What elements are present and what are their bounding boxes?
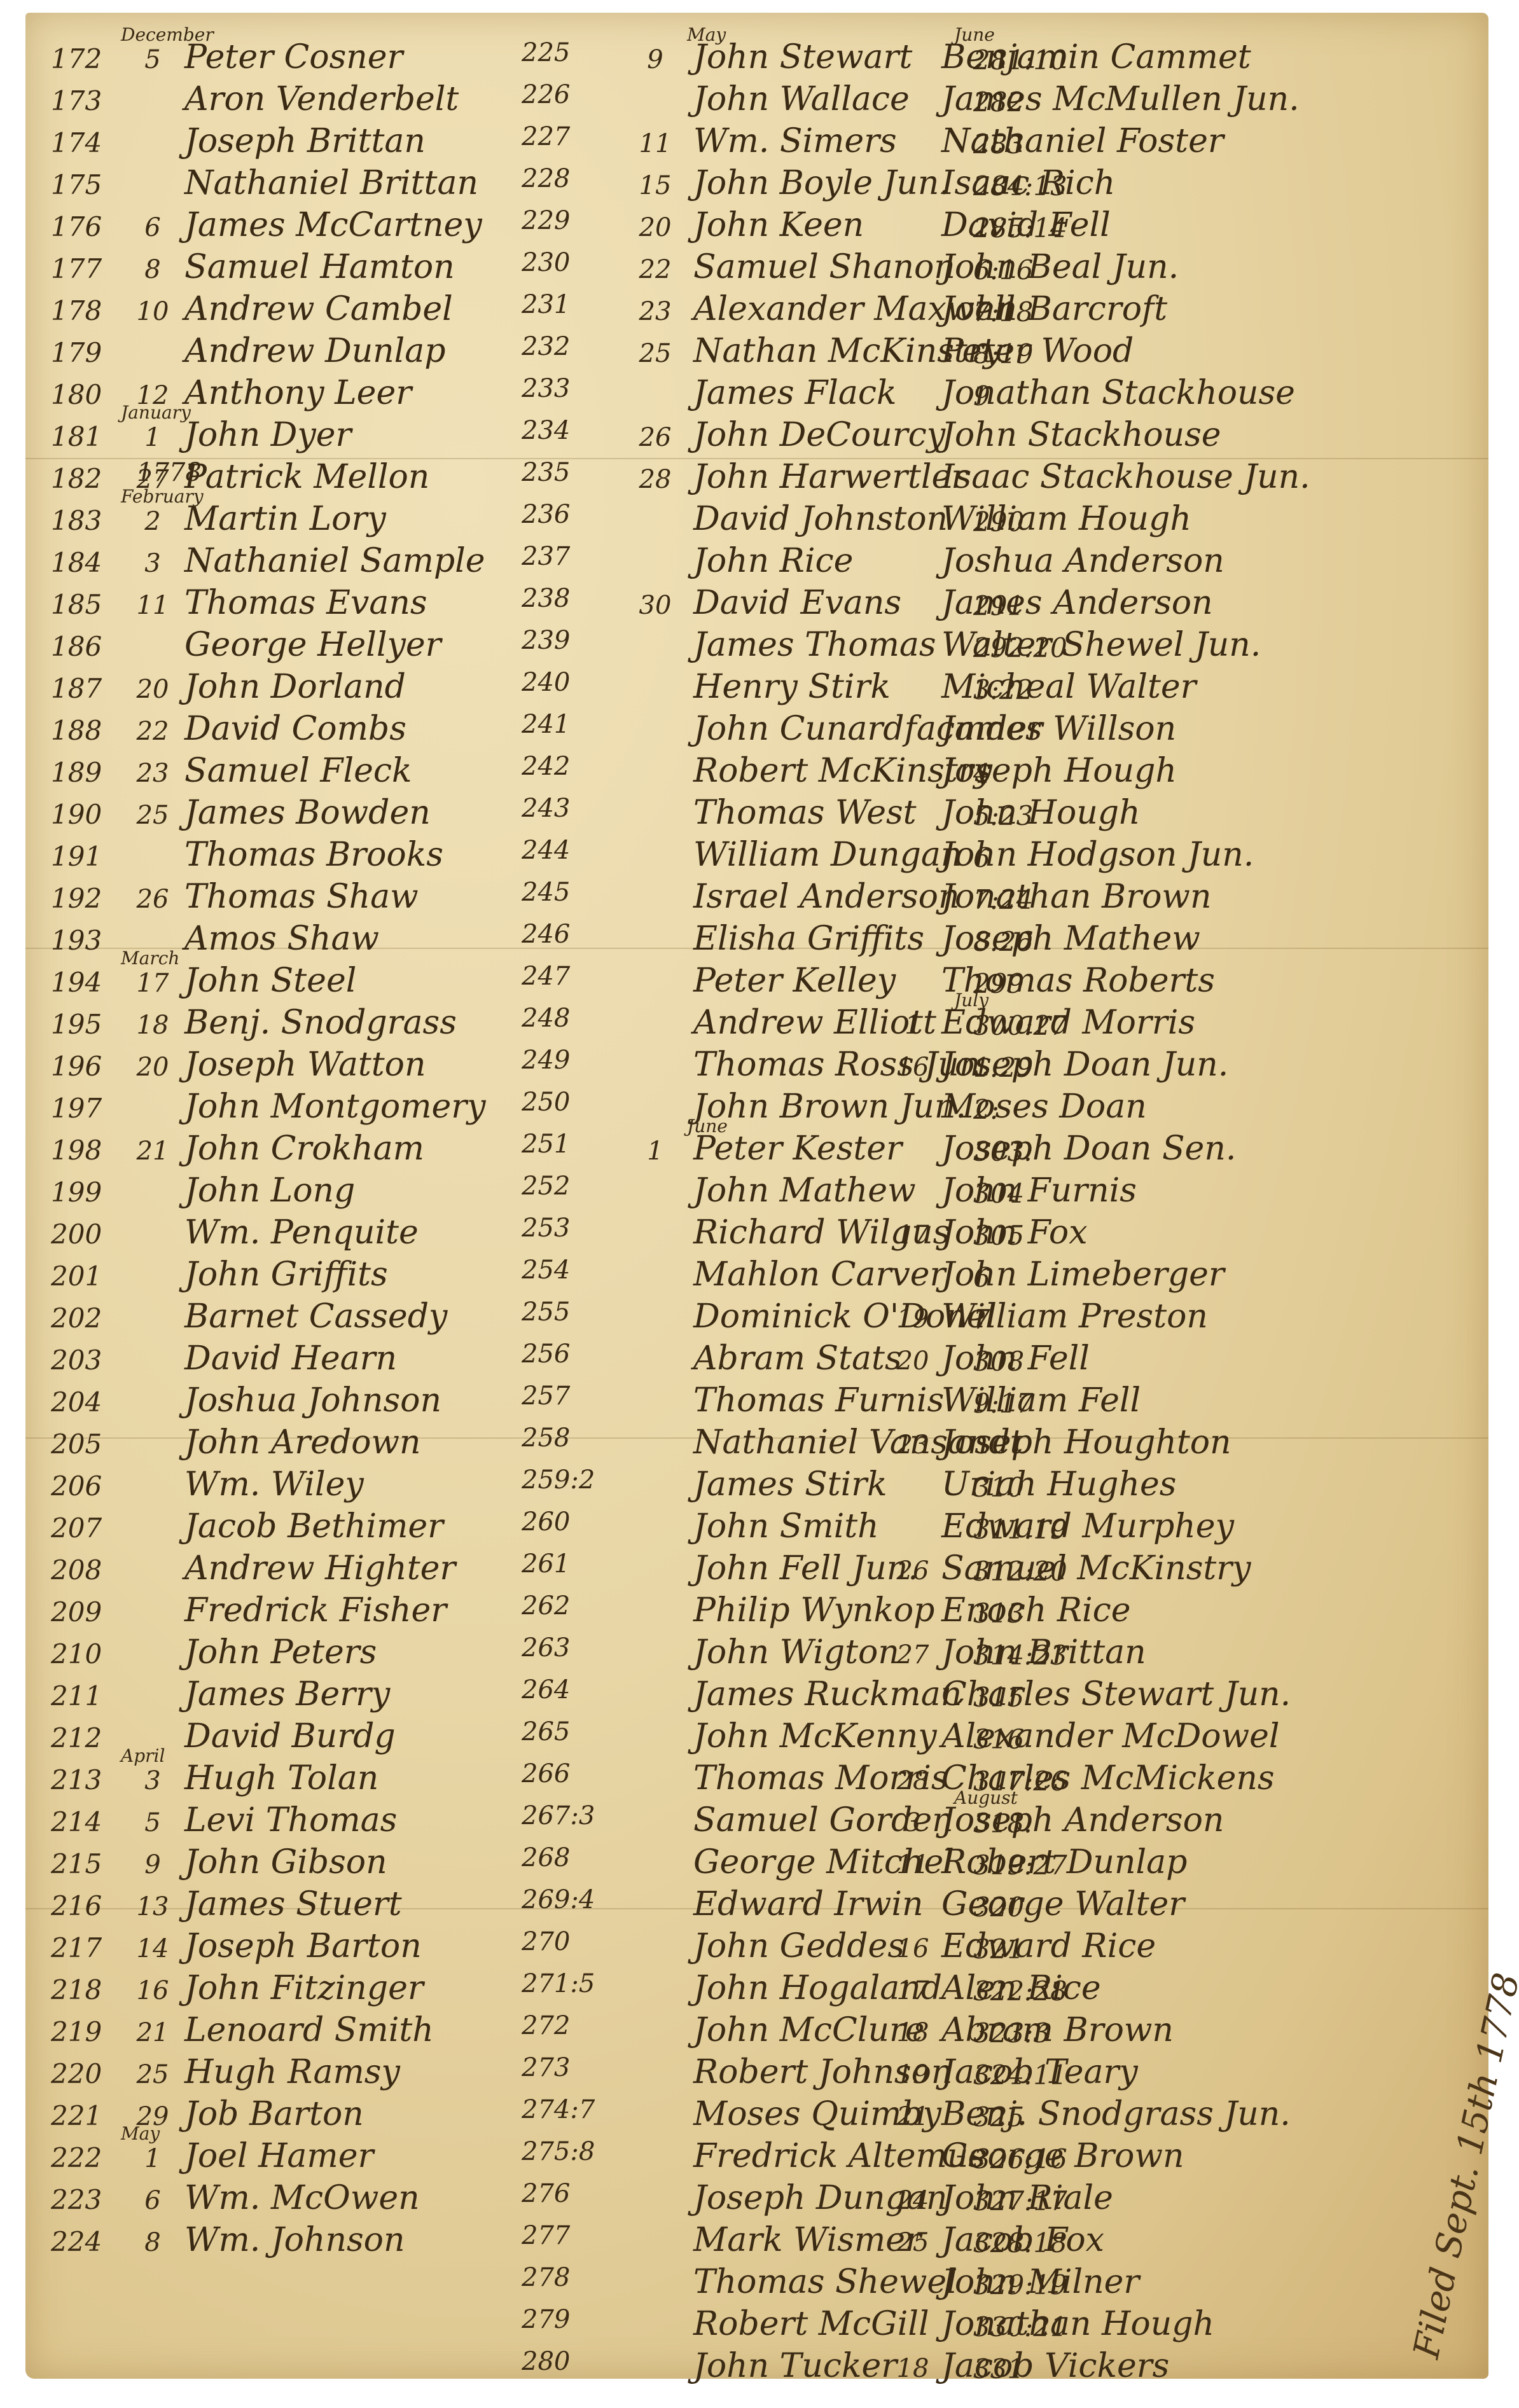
entry-date: 15 [617, 171, 693, 200]
register-entry: 17Alen Rice [884, 1969, 1482, 2011]
register-entry: JuneBenjamin Cammet [884, 38, 1482, 80]
entry-number: 250 [522, 1088, 595, 1130]
entry-name: Wm. Penquite [184, 1214, 419, 1252]
entry-number: 242 [522, 752, 595, 794]
entry-number: 195 [51, 1009, 121, 1040]
entry-number: 260 [522, 1507, 595, 1549]
entry-date: 27 [884, 1640, 941, 1670]
entry-number: 273 [522, 2053, 595, 2095]
register-entry: 16Joseph Doan Jun. [884, 1046, 1482, 1088]
entry-number: 190 [51, 799, 121, 830]
entry-date: 18 [121, 1011, 184, 1040]
entry-date: 6 [121, 2186, 184, 2215]
entry-number: 209 [51, 1596, 121, 1628]
entry-name: Charles Stewart Jun. [941, 1675, 1291, 1713]
entry-name: Walter Shewel Jun. [941, 626, 1261, 664]
entry-number: 280 [522, 2347, 595, 2389]
entry-number: 268 [522, 1843, 595, 1885]
entry-name: John Tucker [693, 2347, 897, 2385]
entry-name: Enoch Rice [941, 1591, 1131, 1630]
entry-number: 255 [522, 1297, 595, 1339]
entry-name: John Stewart [693, 38, 912, 76]
entry-date: 11 [121, 591, 184, 620]
entry-number: 267:3 [522, 1801, 595, 1843]
register-entry: 16Edward Rice [884, 1927, 1482, 1969]
entry-number: 178 [51, 295, 121, 326]
entry-name: John Griffits [184, 1256, 388, 1294]
entry-name: John Wallace [693, 80, 910, 118]
entry-date: 8 [121, 2228, 184, 2257]
entry-number: 249 [522, 1046, 595, 1088]
entry-name: Wm. McOwen [184, 2179, 420, 2217]
entry-name: Levi Thomas [184, 1801, 397, 1839]
entry-date: 23 [617, 297, 693, 326]
entry-name: David Evans [693, 584, 901, 622]
entry-date: 3 [121, 1766, 184, 1796]
entry-name: James Stuert [184, 1885, 402, 1923]
entry-number: 240 [522, 668, 595, 710]
entry-number: 259:2 [522, 1465, 595, 1507]
month-label: July [954, 990, 988, 1011]
register-entry: 17John Fox [884, 1214, 1482, 1256]
entry-name: Martin Lory [184, 500, 386, 538]
entry-name: James McMullen Jun. [941, 80, 1300, 118]
register-entry: Peter Wood [884, 332, 1482, 374]
entry-date: 16 [121, 1976, 184, 2005]
entry-name: John Smith [693, 1507, 879, 1546]
entry-name: Joseph Hough [941, 752, 1177, 790]
entry-name: Patrick Mellon [184, 458, 429, 496]
entry-number: 217 [51, 1932, 121, 1963]
entry-number: 231 [522, 290, 595, 332]
entry-name: Hugh Tolan [184, 1759, 378, 1797]
entry-name: George Brown [941, 2137, 1184, 2175]
entry-number: 227 [522, 122, 595, 164]
entry-name: Thomas Brooks [184, 836, 443, 874]
entry-name: John Hodgson Jun. [941, 836, 1254, 874]
entry-number: 276 [522, 2179, 595, 2221]
entry-name: John Gibson [184, 1843, 387, 1881]
register-entry: Joseph Hough [884, 752, 1482, 794]
entry-name: John Beal Jun. [941, 248, 1179, 286]
register-entry: Moses Doan [884, 1088, 1482, 1130]
register-entry: Jonathan Hough [884, 2305, 1482, 2347]
entry-name: Thomas West [693, 794, 917, 832]
entry-date: 8 [121, 255, 184, 284]
entry-date: 1 [121, 423, 184, 452]
entry-number: 211 [51, 1680, 121, 1712]
entry-name: John Limeberger [941, 1256, 1224, 1294]
entry-number: 278 [522, 2263, 595, 2305]
entry-name: Jacob Vickers [941, 2347, 1169, 2385]
entry-date: 25 [884, 2228, 941, 2257]
entry-number: 215 [51, 1848, 121, 1879]
entry-date: 24 [884, 2186, 941, 2215]
register-entry: George Brown [884, 2137, 1482, 2179]
entry-number: 220 [51, 2058, 121, 2089]
register-entry: Edward Murphey [884, 1507, 1482, 1549]
entry-date: 17 [121, 969, 184, 998]
entry-name: John Brittan [941, 1633, 1146, 1671]
entry-number: 194 [51, 967, 121, 998]
entry-number: 189 [51, 757, 121, 788]
entry-date: 26 [617, 423, 693, 452]
entry-name: Joel Hamer [184, 2137, 373, 2175]
register-entry: 20John Fell [884, 1339, 1482, 1381]
entry-date: 23 [884, 1430, 941, 1460]
entry-number: 263 [522, 1633, 595, 1675]
entry-name: James Anderson [941, 584, 1213, 622]
register-entry: 27John Brittan [884, 1633, 1482, 1675]
entry-name: Andrew Dunlap [184, 332, 446, 370]
register-entry: Joseph Mathew [884, 920, 1482, 962]
entry-date: 22 [617, 255, 693, 284]
entry-number: 173 [51, 85, 121, 116]
entry-date: 13 [121, 1892, 184, 1921]
entry-number: 177 [51, 253, 121, 284]
entry-date: 16 [884, 1053, 941, 1082]
entry-number: 179 [51, 337, 121, 368]
entry-name: John Montgomery [184, 1088, 486, 1126]
entry-number: 183 [51, 505, 121, 536]
entry-name: Wm. Simers [693, 122, 897, 160]
month-label: December [121, 24, 214, 45]
register-entry: John Milner [884, 2263, 1482, 2305]
entry-number: 275:8 [522, 2137, 595, 2179]
entry-name: Nathaniel Brittan [184, 164, 478, 202]
entry-number: 204 [51, 1387, 121, 1418]
entry-name: Aron Venderbelt [184, 80, 459, 118]
entry-name: Thomas Shaw [184, 878, 419, 916]
register-entry: John Beal Jun. [884, 248, 1482, 290]
register-entry: Enoch Rice [884, 1591, 1482, 1633]
entry-name: Samuel Fleck [184, 752, 412, 790]
entry-number: 271:5 [522, 1969, 595, 2011]
register-entry: David Fell [884, 206, 1482, 248]
entry-number: 245 [522, 878, 595, 920]
entry-date: 3 [121, 549, 184, 578]
register-entry: 21Benj. Snodgrass Jun. [884, 2095, 1482, 2137]
entry-name: Jonathan Hough [941, 2305, 1214, 2343]
entry-name: Micheal Walter [941, 668, 1196, 706]
entry-number: 175 [51, 169, 121, 200]
entry-number: 254 [522, 1256, 595, 1297]
entry-number: 258 [522, 1423, 595, 1465]
entry-number: 243 [522, 794, 595, 836]
entry-name: Joseph Barton [184, 1927, 422, 1965]
entry-number: 191 [51, 841, 121, 872]
entry-name: Jonathan Brown [941, 878, 1211, 916]
entry-name: Joseph Mathew [941, 920, 1200, 958]
month-label: April [121, 1745, 165, 1766]
entry-date: 10 [121, 297, 184, 326]
entry-date: 11 [884, 1850, 941, 1879]
entry-number: 216 [51, 1890, 121, 1921]
entry-number: 262 [522, 1591, 595, 1633]
entry-date: 1 [617, 1137, 693, 1166]
register-entry: Alexander McDowel [884, 1717, 1482, 1759]
entry-name: Joseph Doan Jun. [941, 1046, 1228, 1084]
register-entry: 25Jacob Fox [884, 2221, 1482, 2263]
entry-name: John Furnis [941, 1172, 1137, 1210]
entry-date: 18 [884, 2354, 941, 2383]
entry-name: John Keen [693, 206, 864, 244]
month-label: May [687, 24, 726, 45]
entry-name: Hugh Ramsy [184, 2053, 400, 2091]
entry-name: John Hough [941, 794, 1141, 832]
entry-number: 230 [522, 248, 595, 290]
entry-date: 26 [121, 885, 184, 914]
entry-name: John Rice [693, 542, 853, 580]
entry-number: 222 [51, 2142, 121, 2173]
entry-name: Nathaniel Foster [941, 122, 1224, 160]
entry-number: 226 [522, 80, 595, 122]
register-entry: 23Joseph Houghton [884, 1423, 1482, 1465]
register-entry: Isaac Rich [884, 164, 1482, 206]
entry-date: 28 [617, 465, 693, 494]
entry-name: John Long [184, 1172, 355, 1210]
entry-number: 172 [51, 43, 121, 74]
entry-number: 266 [522, 1759, 595, 1801]
entry-date: 14 [121, 1934, 184, 1963]
month-label: February [121, 486, 204, 507]
entry-name: Jacob Bethimer [184, 1507, 443, 1546]
entry-name: Jacob Teary [941, 2053, 1138, 2091]
month-label: January [121, 402, 191, 423]
entry-date: 22 [121, 717, 184, 746]
register-entry: 11Robert Dunlap [884, 1843, 1482, 1885]
entry-name: Joshua Johnson [184, 1381, 441, 1420]
entry-name: Uriah Hughes [941, 1465, 1176, 1504]
entry-number: 197 [51, 1093, 121, 1124]
entry-date: 25 [617, 339, 693, 368]
register-entry: John Limeberger [884, 1256, 1482, 1297]
entry-date: 3 [884, 1808, 941, 1837]
entry-number: 184 [51, 547, 121, 578]
entry-number: 244 [522, 836, 595, 878]
entry-date: 20 [121, 1053, 184, 1082]
register-entry: James Anderson [884, 584, 1482, 626]
entry-number: 207 [51, 1512, 121, 1544]
entry-number: 212 [51, 1722, 121, 1754]
entry-name: George Hellyer [184, 626, 441, 664]
register-entry: Micheal Walter [884, 668, 1482, 710]
entry-name: Isaac Stackhouse Jun. [941, 458, 1310, 496]
register-entry: John Furnis [884, 1172, 1482, 1214]
entry-name: John Dyer [184, 416, 351, 454]
entry-number: 200 [51, 1219, 121, 1250]
entry-number: 213 [51, 1764, 121, 1796]
month-label: June [687, 1116, 728, 1137]
entry-name: James Willson [941, 710, 1176, 748]
entry-name: Alen Rice [941, 1969, 1101, 2007]
entry-name: Joseph Watton [184, 1046, 426, 1084]
month-label: August [954, 1787, 1018, 1808]
entry-name: Moses Doan [941, 1088, 1147, 1126]
entry-date: 16 [884, 1934, 941, 1963]
register-entry: William Hough [884, 500, 1482, 542]
register-entry: Nathaniel Foster [884, 122, 1482, 164]
entry-name: John Riale [941, 2179, 1113, 2217]
entry-date: 30 [617, 591, 693, 620]
entry-name: John Peters [184, 1633, 377, 1671]
entry-name: William Preston [941, 1297, 1208, 1336]
entry-name: David Hearn [184, 1339, 397, 1378]
entry-name: William Fell [941, 1381, 1141, 1420]
entry-number: 252 [522, 1172, 595, 1214]
entry-name: Andrew Highter [184, 1549, 455, 1588]
entry-date: 20 [884, 1346, 941, 1376]
entry-date: 17 [884, 1221, 941, 1250]
entry-number: 228 [522, 164, 595, 206]
entry-number: 237 [522, 542, 595, 584]
entry-number: 274:7 [522, 2095, 595, 2137]
register-entry: 24John Riale [884, 2179, 1482, 2221]
entry-number: 188 [51, 715, 121, 746]
entry-number: 192 [51, 883, 121, 914]
entry-name: John Steel [184, 962, 356, 1000]
register-entry: Jonathan Stackhouse [884, 374, 1482, 416]
entry-name: James Bowden [184, 794, 431, 832]
entry-date: 19 [884, 1304, 941, 1334]
entry-name: John Barcroft [941, 290, 1167, 328]
entry-number: 233 [522, 374, 595, 416]
entry-number: 205 [51, 1429, 121, 1460]
entry-date: 20 [617, 213, 693, 242]
entry-name: Anthony Leer [184, 374, 412, 412]
entry-name: Samuel Hamton [184, 248, 455, 286]
register-entry: Isaac Stackhouse Jun. [884, 458, 1482, 500]
entry-date: 11 [617, 129, 693, 158]
entry-name: Samuel McKinstry [941, 1549, 1251, 1588]
register-entry: 19Jacob Teary [884, 2053, 1482, 2095]
entry-date: 20 [121, 675, 184, 704]
register-entry: Joseph Doan Sen. [884, 1130, 1482, 1172]
entry-number: 182 [51, 463, 121, 494]
entry-name: John Crokham [184, 1130, 424, 1168]
entry-date: 21 [121, 1137, 184, 1166]
entry-number: 202 [51, 1303, 121, 1334]
entry-name: Barnet Cassedy [184, 1297, 447, 1336]
entry-name: Jonathan Stackhouse [941, 374, 1295, 412]
entry-date: 18 [884, 2018, 941, 2047]
register-entry: John Barcroft [884, 290, 1482, 332]
entry-name: William Hough [941, 500, 1191, 538]
entry-number: 208 [51, 1554, 121, 1586]
entry-number: 185 [51, 589, 121, 620]
entry-name: Benj. Snodgrass Jun. [941, 2095, 1291, 2133]
entry-name: Joseph Brittan [184, 122, 426, 160]
entry-number: 206 [51, 1470, 121, 1502]
entry-number: 256 [522, 1339, 595, 1381]
entry-name: James McCartney [184, 206, 482, 244]
entry-number: 214 [51, 1806, 121, 1837]
entry-name: John Fitzinger [184, 1969, 424, 2007]
entry-number: 193 [51, 925, 121, 956]
entry-name: Fredrick Fisher [184, 1591, 447, 1630]
register-entry: July1Edward Morris [884, 1004, 1482, 1046]
entry-number: 198 [51, 1135, 121, 1166]
entry-number: 235 [522, 458, 595, 500]
entry-number: 218 [51, 1974, 121, 2005]
register-entry: John Stackhouse [884, 416, 1482, 458]
entry-number: 199 [51, 1177, 121, 1208]
register-entry: James McMullen Jun. [884, 80, 1482, 122]
entry-name: John Geddes [693, 1927, 905, 1965]
register-entry: 18Abram Brown [884, 2011, 1482, 2053]
entry-name: Abram Brown [941, 2011, 1174, 2049]
register-entry: 18Jacob Vickers [884, 2347, 1482, 2389]
entry-date: 1 [121, 2144, 184, 2173]
entry-name: Joseph Doan Sen. [941, 1130, 1236, 1168]
entry-number: 229 [522, 206, 595, 248]
entry-number: 270 [522, 1927, 595, 1969]
entry-date: 26 [884, 1556, 941, 1586]
entry-name: Job Barton [184, 2095, 364, 2133]
entry-name: Wm. Johnson [184, 2221, 405, 2259]
entry-number: 261 [522, 1549, 595, 1591]
entry-number: 187 [51, 673, 121, 704]
entry-name: John Fox [941, 1214, 1088, 1252]
register-entry: William Fell [884, 1381, 1482, 1423]
entry-date: 23 [121, 759, 184, 788]
entry-name: Peter Wood [941, 332, 1134, 370]
entry-name: Amos Shaw [184, 920, 379, 958]
entry-number: 176 [51, 211, 121, 242]
entry-date: 28 [884, 1766, 941, 1796]
entry-name: John Mathew [693, 1172, 916, 1210]
register-entry: Charles Stewart Jun. [884, 1675, 1482, 1717]
entry-number: 221 [51, 2100, 121, 2131]
entry-date: 25 [121, 2060, 184, 2089]
register-entry: John Hough [884, 794, 1482, 836]
entry-name: Alexander McDowel [941, 1717, 1280, 1755]
entry-name: Robert Dunlap [941, 1843, 1187, 1881]
entry-name: Benj. Snodgrass [184, 1004, 457, 1042]
entry-number: 277 [522, 2221, 595, 2263]
register-entry: 26Samuel McKinstry [884, 1549, 1482, 1591]
entry-name: James Flack [693, 374, 897, 412]
column-middle-numbers: 2252262272282292302312322332342352362372… [522, 38, 595, 2389]
entry-name: John Stackhouse [941, 416, 1221, 454]
entry-name: Isaac Rich [941, 164, 1115, 202]
entry-number: 181 [51, 421, 121, 452]
entry-number: 174 [51, 127, 121, 158]
entry-number: 210 [51, 1638, 121, 1670]
entry-date: 17 [884, 1976, 941, 2005]
entry-name: David Fell [941, 206, 1111, 244]
entry-name: John Aredown [184, 1423, 420, 1462]
entry-name: Lenoard Smith [184, 2011, 434, 2049]
entry-number: 272 [522, 2011, 595, 2053]
entry-name: James Berry [184, 1675, 390, 1713]
entry-date: 2 [121, 507, 184, 536]
entry-number: 232 [522, 332, 595, 374]
entry-date: 5 [121, 1808, 184, 1837]
entry-number: 247 [522, 962, 595, 1004]
entry-name: Andrew Cambel [184, 290, 453, 328]
entry-number: 279 [522, 2305, 595, 2347]
entry-date: 1 [884, 1011, 941, 1040]
entry-name: Edward Rice [941, 1927, 1156, 1965]
entry-number: 238 [522, 584, 595, 626]
register-entry: Jonathan Brown [884, 878, 1482, 920]
entry-date: 19 [884, 2060, 941, 2089]
entry-name: Peter Kelley [693, 962, 896, 1000]
entry-number: 248 [522, 1004, 595, 1046]
entry-number: 219 [51, 2016, 121, 2047]
column-right: JuneBenjamin CammetJames McMullen Jun.Na… [884, 38, 1482, 2389]
